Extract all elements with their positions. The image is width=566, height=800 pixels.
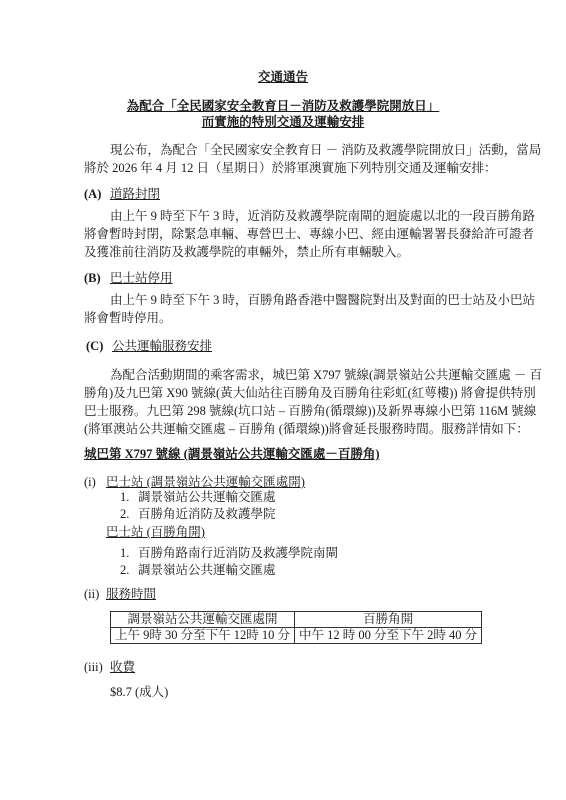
document-subtitle-line-1: 為配合「全民國家安全教育日－消防及救護學院開放日」 xyxy=(0,98,566,114)
fare-title: 收費 xyxy=(110,660,135,674)
paragraph-line: 由上午 9 時至下午 3 時，百勝角路香港中醫醫院對出及對面的巴士站及小巴站 xyxy=(84,291,492,309)
list-text: 調景嶺站公共運輸交匯處 xyxy=(138,490,276,504)
section-label: (A) xyxy=(84,187,110,202)
intro-paragraph: 現公布，為配合「全民國家安全教育日 － 消防及救護學院開放日」活動，當局 將於 … xyxy=(84,141,492,177)
paragraph-line: 由上午 9 時至下午 3 時，近消防及救護學院南閘的迴旋處以北的一段百勝角路 xyxy=(84,207,492,225)
sub-label: (ii) xyxy=(84,587,106,602)
paragraph-line: 將會暫時停用。 xyxy=(84,309,492,327)
section-a-heading: (A)道路封閉 xyxy=(84,184,160,202)
sub-label: (iii) xyxy=(84,660,110,675)
section-title: 道路封閉 xyxy=(110,187,160,201)
service-hours-table: 調景嶺站公共運輸交匯處開 百勝角開 上午 9時 30 分至下午 12時 10 分… xyxy=(110,611,482,644)
fare-heading: (iii)收費 xyxy=(84,657,135,675)
paragraph-line: 為配合活動期間的乘客需求，城巴第 X797 號線(調景嶺站公共運輸交匯處 － 百 xyxy=(84,366,492,384)
section-label: (C) xyxy=(86,339,112,354)
section-b-paragraph: 由上午 9 時至下午 3 時，百勝角路香港中醫醫院對出及對面的巴士站及小巴站 將… xyxy=(84,291,492,327)
bus-stop-group-title: 巴士站 (百勝角開) xyxy=(106,525,205,539)
notice-page: 交通通告 為配合「全民國家安全教育日－消防及救護學院開放日」 而實施的特別交通及… xyxy=(0,0,566,800)
intro-line: 將於 2026 年 4 月 12 日（星期日）於將軍澳實施下列特別交通及運輸安排… xyxy=(84,159,492,177)
document-subtitle-line-2: 而實施的特別交通及運輸安排 xyxy=(0,114,566,130)
paragraph-line: 巴士服務。九巴第 298 號線(坑口站 – 百勝角(循環線))及新界專線小巴第 … xyxy=(84,402,492,420)
fare-value: $8.7 (成人) xyxy=(110,682,168,700)
table-header-cell: 百勝角開 xyxy=(295,612,482,628)
document-title: 交通通告 xyxy=(0,67,566,85)
sub-label: (i) xyxy=(84,475,106,490)
section-c-paragraph: 為配合活動期間的乘客需求，城巴第 X797 號線(調景嶺站公共運輸交匯處 － 百… xyxy=(84,366,492,438)
section-c-heading: (C)公共運輸服務安排 xyxy=(86,336,212,354)
list-text: 百勝角近消防及救護學院 xyxy=(138,507,276,521)
table-cell: 中午 12 時 00 分至下午 2時 40 分 xyxy=(295,628,482,644)
section-a-paragraph: 由上午 9 時至下午 3 時，近消防及救護學院南閘的迴旋處以北的一段百勝角路 將… xyxy=(84,207,492,261)
bus-stop-group-2-heading: 巴士站 (百勝角開) xyxy=(106,522,205,540)
paragraph-line: 將會暫時封閉，除緊急車輛、專營巴士、專線小巴、經由運輸署署長發給許可證者 xyxy=(84,225,492,243)
bus-stop-list-item: 2.調景嶺站公共運輸交匯處 xyxy=(120,560,276,578)
table-header-row: 調景嶺站公共運輸交匯處開 百勝角開 xyxy=(111,612,482,628)
bus-stop-list-item: 2.百勝角近消防及救護學院 xyxy=(120,504,276,522)
table-header-cell: 調景嶺站公共運輸交匯處開 xyxy=(111,612,295,628)
paragraph-line: (將軍澳站公共運輸交匯處 – 百勝角 (循環線))將會延長服務時間。服務詳情如下… xyxy=(84,420,492,438)
section-b-heading: (B)巴士站停用 xyxy=(84,268,173,286)
table-cell: 上午 9時 30 分至下午 12時 10 分 xyxy=(111,628,295,644)
section-title: 巴士站停用 xyxy=(110,271,173,285)
section-title: 公共運輸服務安排 xyxy=(112,339,212,353)
list-text: 調景嶺站公共運輸交匯處 xyxy=(138,563,276,577)
section-label: (B) xyxy=(84,271,110,286)
paragraph-line: 及獲准前往消防及救護學院的車輛外，禁止所有車輛駛入。 xyxy=(84,243,492,261)
list-number: 1. xyxy=(120,490,138,505)
list-text: 百勝角路南行近消防及救護學院南閘 xyxy=(138,546,338,560)
service-hours-title: 服務時間 xyxy=(106,587,156,601)
list-number: 2. xyxy=(120,563,138,578)
service-hours-heading: (ii)服務時間 xyxy=(84,584,156,602)
route-title: 城巴第 X797 號線 (調景嶺站公共運輸交匯處－百勝角) xyxy=(84,444,379,462)
list-number: 1. xyxy=(120,546,138,561)
paragraph-line: 勝角)及九巴第 X90 號線(黃大仙站往百勝角及百勝角往彩虹(紅萼樓)) 將會提… xyxy=(84,384,492,402)
bus-stop-list-item: 1.調景嶺站公共運輸交匯處 xyxy=(120,487,276,505)
intro-line: 現公布，為配合「全民國家安全教育日 － 消防及救護學院開放日」活動，當局 xyxy=(84,141,492,159)
table-row: 上午 9時 30 分至下午 12時 10 分 中午 12 時 00 分至下午 2… xyxy=(111,628,482,644)
list-number: 2. xyxy=(120,507,138,522)
bus-stop-list-item: 1.百勝角路南行近消防及救護學院南閘 xyxy=(120,543,338,561)
